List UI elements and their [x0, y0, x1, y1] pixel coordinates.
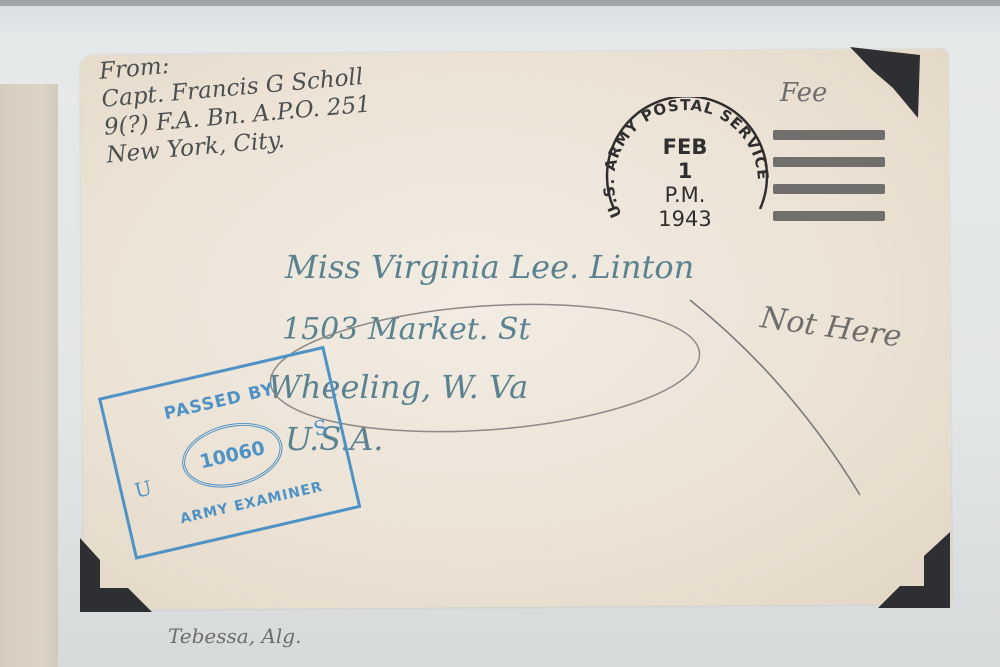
- censor-letter-s: S: [311, 414, 330, 440]
- censor-number: 10060: [176, 414, 289, 497]
- cancel-bar: [773, 211, 885, 221]
- album-top-edge: [0, 0, 1000, 6]
- postmark-time: P.M.: [600, 183, 770, 207]
- recipient-street: 1503 Market. St: [282, 312, 531, 347]
- cancel-bar: [773, 157, 885, 167]
- cancellation-bars: [773, 130, 885, 238]
- postmark: U.S. ARMY POSTAL SERVICE FEB 1 P.M. 1943: [600, 97, 770, 227]
- censor-army-examiner: ARMY EXAMINER: [179, 479, 325, 527]
- postmark-year: 1943: [600, 207, 770, 231]
- album-caption: Tebessa, Alg.: [168, 624, 301, 648]
- cancel-bar: [773, 130, 885, 140]
- censor-passed-by: PASSED BY: [162, 379, 276, 424]
- recipient-name: Miss Virginia Lee. Linton: [285, 248, 694, 286]
- fee-note: Fee: [780, 78, 827, 108]
- postmark-date: FEB 1 P.M. 1943: [600, 135, 770, 231]
- adjacent-album-page: [0, 84, 58, 667]
- return-address: From: Capt. Francis G Scholl 9(?) F.A. B…: [98, 35, 374, 170]
- postmark-month: FEB: [600, 135, 770, 159]
- cancel-bar: [773, 184, 885, 194]
- postmark-day: 1: [600, 159, 770, 183]
- censor-letter-u: U: [132, 476, 154, 503]
